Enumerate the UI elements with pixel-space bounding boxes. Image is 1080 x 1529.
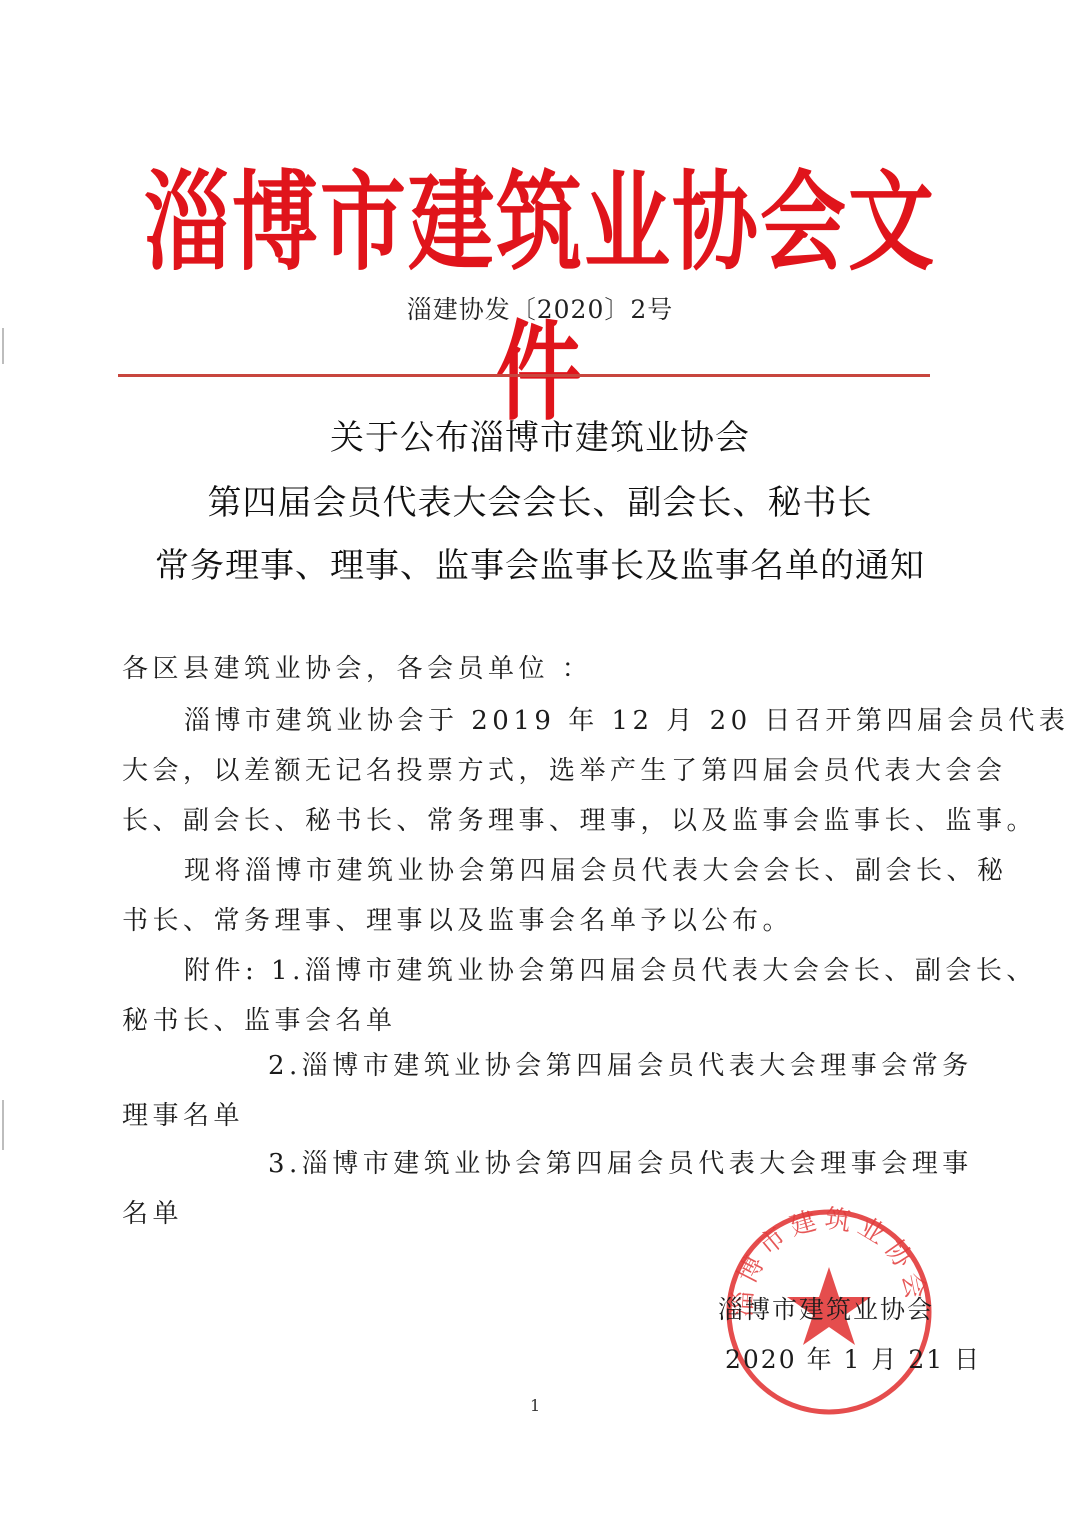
document-title-line-1: 关于公布淄博市建筑业协会 (100, 410, 980, 459)
document-title-line-2: 第四届会员代表大会会长、副会长、秘书长 (100, 475, 980, 524)
attachment-3: 3.淄博市建筑业协会第四届会员代表大会理事会理事 (268, 1143, 973, 1180)
signature-date: 2020 年 1 月 21 日 (725, 1340, 981, 1376)
body-line: 大会，以差额无记名投票方式，选举产生了第四届会员代表大会会 (122, 750, 1007, 787)
attachment-3-continued: 名单 (122, 1193, 183, 1230)
signature-organization: 淄博市建筑业协会 (718, 1290, 934, 1326)
attachment-1-continued: 秘书长、监事会名单 (122, 1000, 397, 1037)
document-title-line-3: 常务理事、理事、监事会监事长及监事名单的通知 (100, 538, 980, 587)
page-number: 1 (530, 1396, 540, 1415)
attachment-1: 附件: 1.淄博市建筑业协会第四届会员代表大会会长、副会长、 (184, 950, 1037, 987)
salutation: 各区县建筑业协会，各会员单位 ： (122, 648, 592, 685)
red-rule-divider (118, 374, 930, 377)
document-number: 淄建协发〔2020〕2号 (0, 290, 1080, 326)
attachment-2-continued: 理事名单 (122, 1095, 244, 1132)
body-line: 长、副会长、秘书长、常务理事、理事，以及监事会监事长、监事。 (122, 800, 1037, 837)
body-line: 现将淄博市建筑业协会第四届会员代表大会会长、副会长、秘 (184, 850, 1008, 887)
scan-edge-mark (2, 1100, 4, 1150)
document-page: 淄博市建筑业协会文件 淄建协发〔2020〕2号 关于公布淄博市建筑业协会 第四届… (0, 0, 1080, 1529)
body-line: 淄博市建筑业协会于 2019 年 12 月 20 日召开第四届会员代表 (184, 700, 1069, 737)
scan-edge-mark (2, 328, 4, 364)
attachment-2: 2.淄博市建筑业协会第四届会员代表大会理事会常务 (268, 1045, 973, 1082)
body-line: 书长、常务理事、理事以及监事会名单予以公布。 (122, 900, 793, 937)
